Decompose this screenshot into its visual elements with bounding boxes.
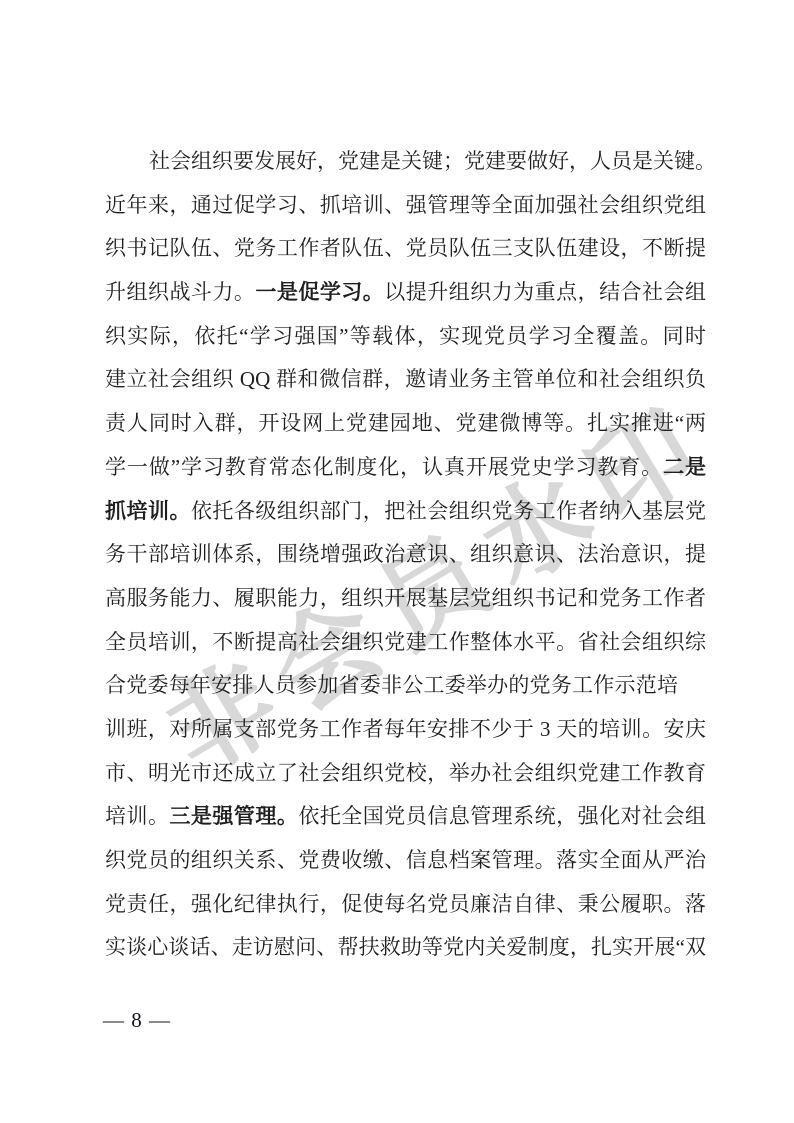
body-text-segment: 依托全国党员信息管理系统，强化对社会组 [298,804,706,828]
body-text-segment: 党责任，强化纪律执行，促使每名党员廉洁自律、秉公履职。落 [105,892,706,916]
text-line: 建立社会组织 QQ 群和微信群，邀请业务主管单位和社会组织负 [105,358,706,402]
text-line: 社会组织要发展好，党建是关键；党建要做好，人员是关键。 [105,140,706,184]
body-text-segment: 以提升组织力为重点，结合社会组 [384,280,706,304]
text-line: 全员培训，不断提高社会组织党建工作整体水平。省社会组织综 [105,621,706,665]
body-text-segment: 市、明光市还成立了社会组织党校，举办社会组织党建工作教育 [105,761,706,785]
text-line: 训班，对所属支部党务工作者每年安排不少于 3 天的培训。安庆 [105,708,706,752]
text-line: 党责任，强化纪律执行，促使每名党员廉洁自律、秉公履职。落 [105,883,706,927]
body-text-segment: 务干部培训体系，围绕增强政治意识、组织意识、法治意识，提 [105,542,706,566]
text-line: 高服务能力、履职能力，组织开展基层党组织书记和党务工作者 [105,577,706,621]
text-line: 抓培训。依托各级组织部门，把社会组织党务工作者纳入基层党 [105,490,706,534]
document-body: 社会组织要发展好，党建是关键；党建要做好，人员是关键。近年来，通过促学习、抓培训… [105,140,706,970]
page-number: — 8 — [103,1008,171,1033]
body-text-segment: 织实际，依托“学习强国”等载体，实现党员学习全覆盖。同时 [105,324,706,348]
body-text-segment: 依托各级组织部门，把社会组织党务工作者纳入基层党 [191,499,706,523]
body-text-segment: 社会组织要发展好，党建是关键；党建要做好，人员是关键。 [149,149,716,173]
text-line: 织书记队伍、党务工作者队伍、党员队伍三支队伍建设，不断提 [105,227,706,271]
text-line: 织党员的组织关系、党费收缴、信息档案管理。落实全面从严治 [105,839,706,883]
bold-emphasis-text: 一是促学习。 [255,280,384,304]
body-text-segment: 合党委每年安排人员参加省委非公工委举办的党务工作示范培 [105,673,678,697]
text-line: 升组织战斗力。一是促学习。以提升组织力为重点，结合社会组 [105,271,706,315]
body-text-segment: 实谈心谈话、走访慰问、帮扶救助等党内关爱制度，扎实开展“双 [105,935,706,959]
text-line: 责人同时入群，开设网上党建园地、党建微博等。扎实推进“两 [105,402,706,446]
text-line: 实谈心谈话、走访慰问、帮扶救助等党内关爱制度，扎实开展“双 [105,926,706,970]
body-text-segment: 培训。 [105,804,169,828]
text-line: 务干部培训体系，围绕增强政治意识、组织意识、法治意识，提 [105,533,706,577]
body-text-segment: 织书记队伍、党务工作者队伍、党员队伍三支队伍建设，不断提 [105,236,706,260]
document-page: 非会员水印 社会组织要发展好，党建是关键；党建要做好，人员是关键。近年来，通过促… [0,0,794,1123]
bold-emphasis-text: 三是强管理。 [169,804,298,828]
text-line: 学一做”学习教育常态化制度化，认真开展党史学习教育。二是 [105,446,706,490]
body-text-segment: 全员培训，不断提高社会组织党建工作整体水平。省社会组织综 [105,630,706,654]
text-line: 近年来，通过促学习、抓培训、强管理等全面加强社会组织党组 [105,184,706,228]
body-text-segment: 织党员的组织关系、党费收缴、信息档案管理。落实全面从严治 [105,848,706,872]
body-text-segment: 学一做”学习教育常态化制度化，认真开展党史学习教育。 [105,455,663,479]
body-text-segment: 训班，对所属支部党务工作者每年安排不少于 3 天的培训。安庆 [105,717,706,741]
body-text-segment: 升组织战斗力。 [105,280,255,304]
body-text-segment: 高服务能力、履职能力，组织开展基层党组织书记和党务工作者 [105,586,706,610]
text-line: 市、明光市还成立了社会组织党校，举办社会组织党建工作教育 [105,752,706,796]
text-line: 织实际，依托“学习强国”等载体，实现党员学习全覆盖。同时 [105,315,706,359]
bold-emphasis-text: 二是 [663,455,706,479]
body-text-segment: 建立社会组织 QQ 群和微信群，邀请业务主管单位和社会组织负 [105,367,706,391]
body-text-segment: 近年来，通过促学习、抓培训、强管理等全面加强社会组织党组 [105,193,706,217]
bold-emphasis-text: 抓培训。 [105,499,191,523]
text-line: 培训。三是强管理。依托全国党员信息管理系统，强化对社会组 [105,795,706,839]
body-text-segment: 责人同时入群，开设网上党建园地、党建微博等。扎实推进“两 [105,411,706,435]
text-line: 合党委每年安排人员参加省委非公工委举办的党务工作示范培 [105,664,706,708]
